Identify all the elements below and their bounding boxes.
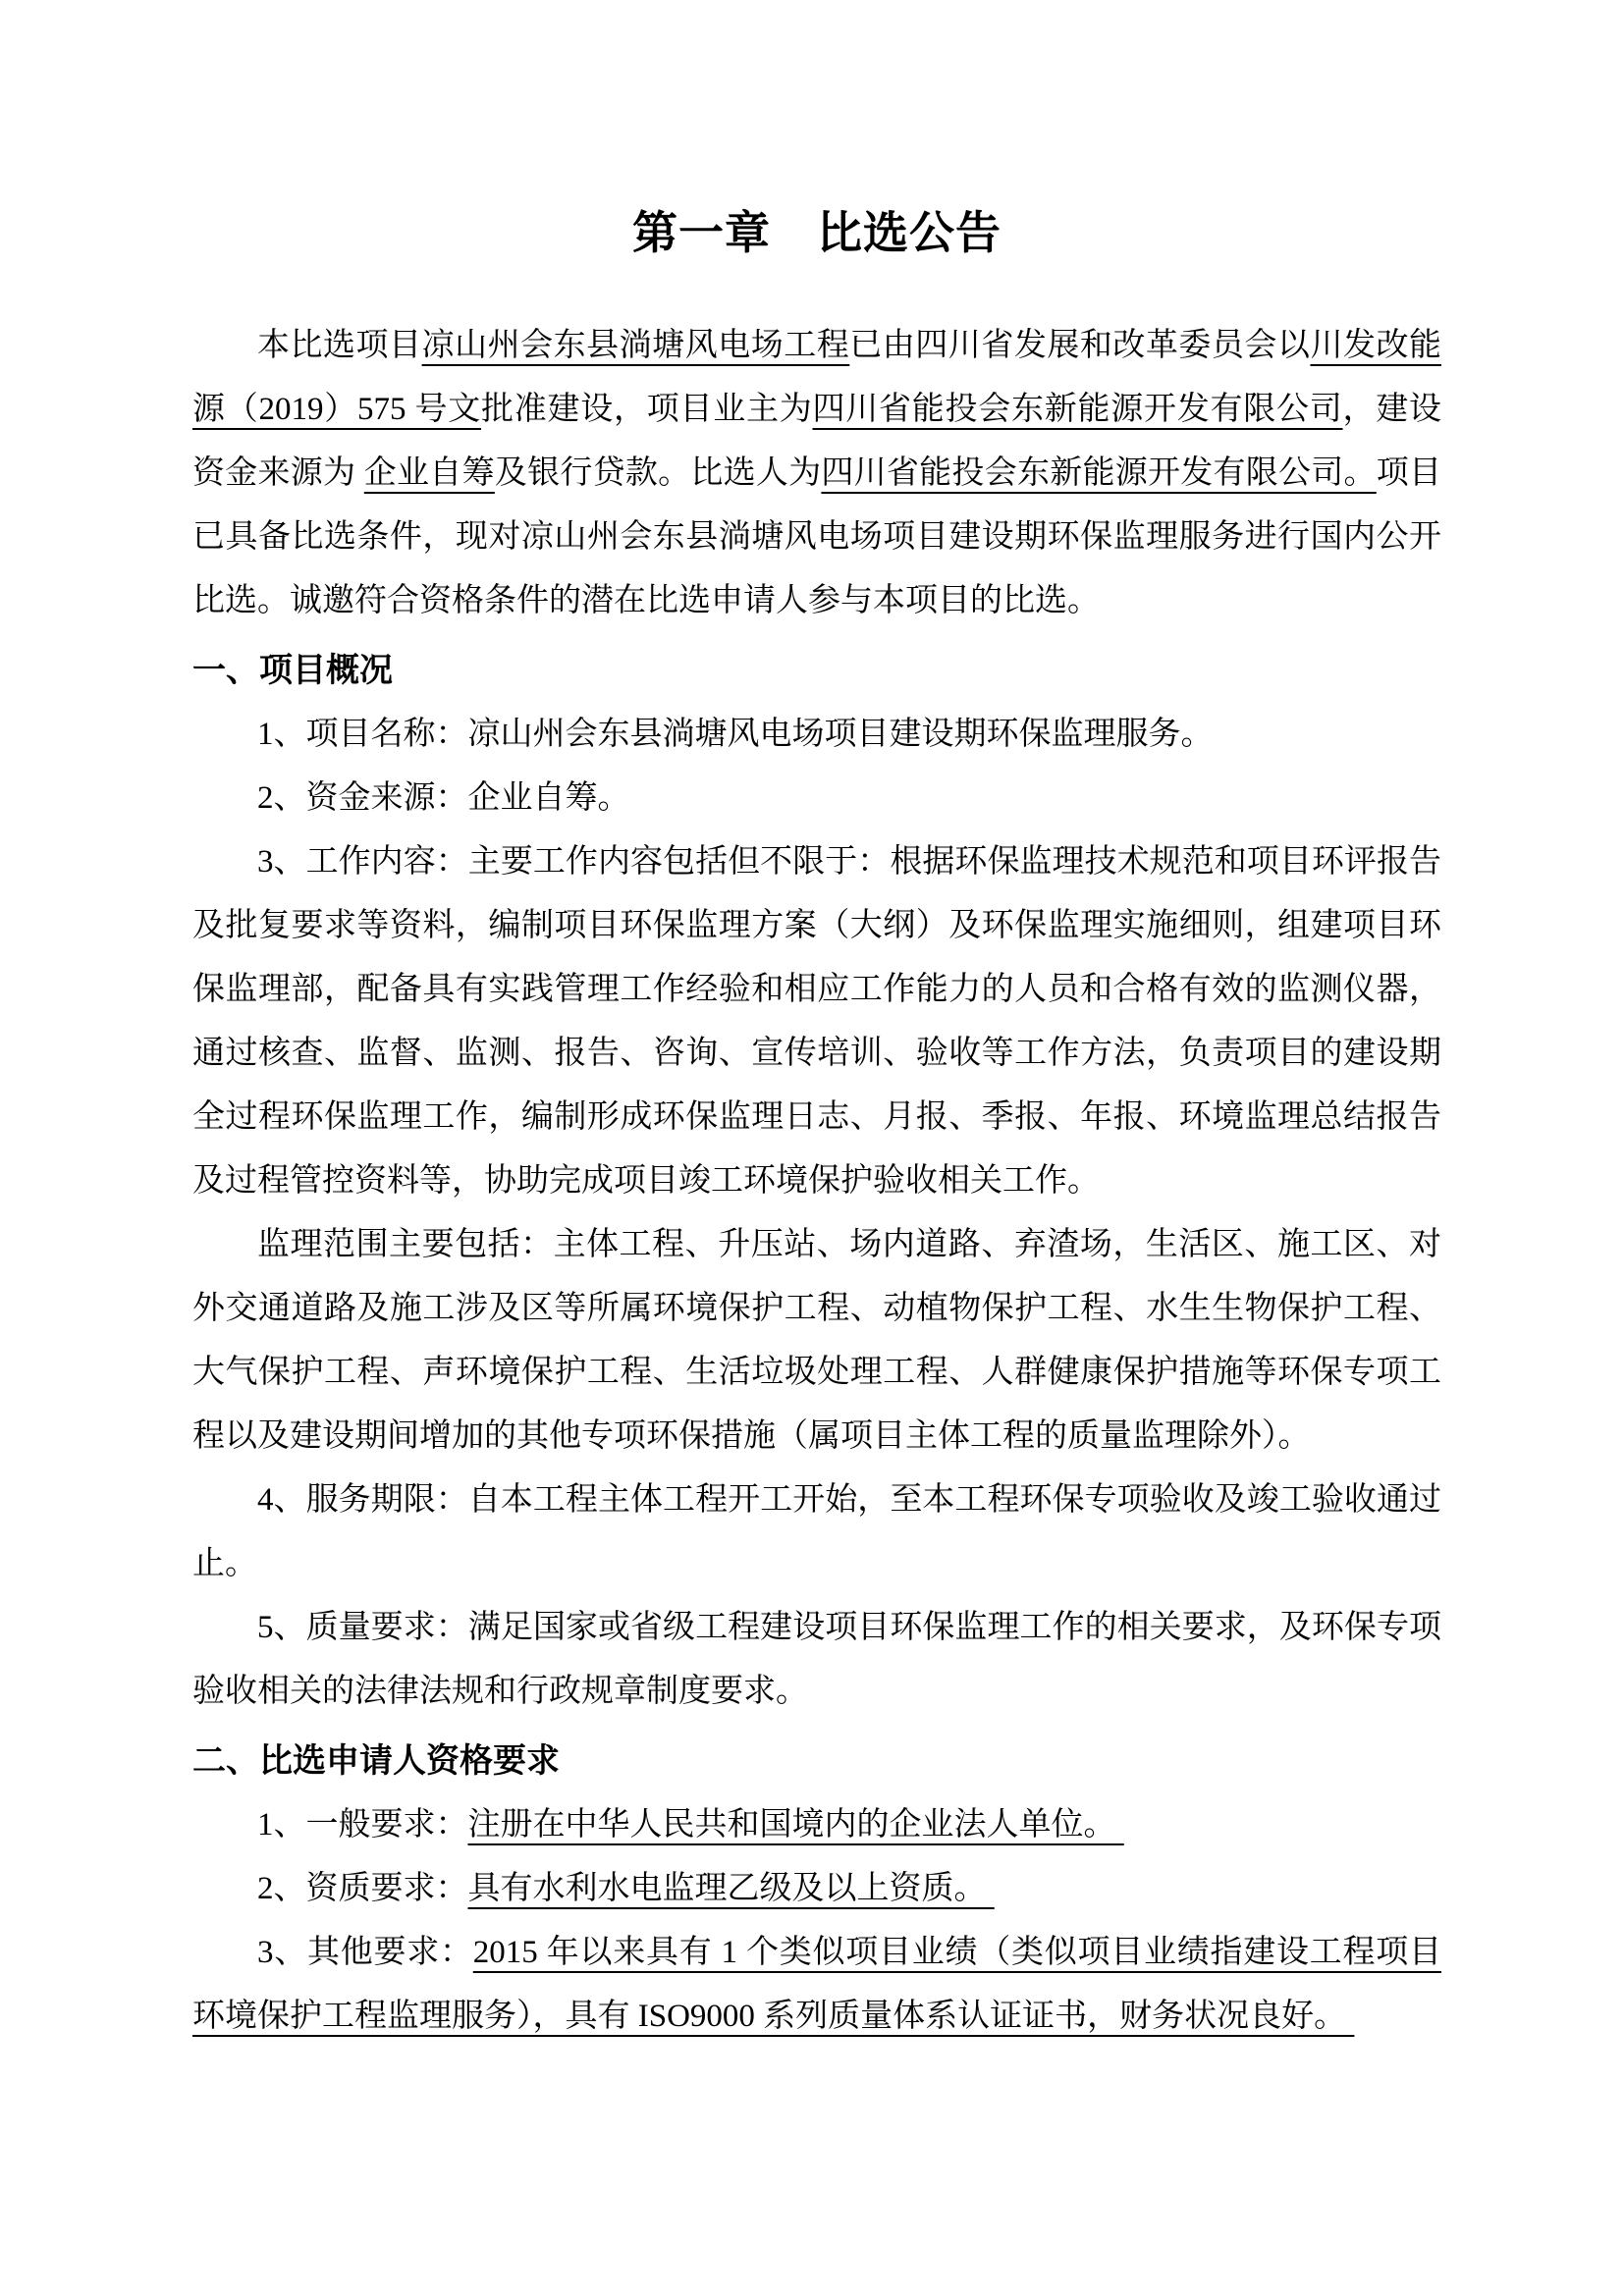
text-run: 本比选项目 xyxy=(257,328,422,363)
paragraph: 3、工作内容：主要工作内容包括但不限于：根据环保监理技术规范和项目环评报告及批复… xyxy=(192,830,1441,1213)
paragraph: 1、项目名称：凉山州会东县淌塘风电场项目建设期环保监理服务。 xyxy=(192,703,1441,767)
document-title: 第一章 比选公告 xyxy=(192,208,1441,257)
underlined-text-run: 具有水利水电监理乙级及以上资质。 xyxy=(468,1871,995,1906)
text-run: 2、资金来源：企业自筹。 xyxy=(257,780,630,816)
text-run: 4、服务期限：自本工程主体工程开工开始，至本工程环保专项验收及竣工验收通过止。 xyxy=(192,1482,1441,1581)
text-run: 及银行贷款。比选人为 xyxy=(495,455,822,491)
text-run: 1、一般要求： xyxy=(257,1807,468,1842)
text-run: 二、比选申请人资格要求 xyxy=(192,1742,560,1780)
paragraph: 2、资质要求：具有水利水电监理乙级及以上资质。 xyxy=(192,1857,1441,1921)
document-page: 第一章 比选公告 本比选项目凉山州会东县淌塘风电场工程已由四川省发展和改革委员会… xyxy=(0,0,1624,2296)
paragraph: 2、资金来源：企业自筹。 xyxy=(192,767,1441,830)
underlined-text-run: 四川省能投会东新能源开发有限公司 xyxy=(813,392,1343,427)
text-run: 2、资质要求： xyxy=(257,1871,468,1906)
underlined-text-run: 注册在中华人民共和国境内的企业法人单位。 xyxy=(468,1807,1124,1842)
text-run: 3、其他要求： xyxy=(257,1935,473,1970)
paragraph: 4、服务期限：自本工程主体工程开工开始，至本工程环保专项验收及竣工验收通过止。 xyxy=(192,1468,1441,1596)
paragraph: 监理范围主要包括：主体工程、升压站、场内道路、弃渣场，生活区、施工区、对外交通道… xyxy=(192,1213,1441,1468)
underlined-text-run: 凉山州会东县淌塘风电场工程 xyxy=(422,328,850,363)
underlined-text-run: 四川省能投会东新能源开发有限公司。 xyxy=(821,455,1376,491)
text-run: 批准建设，项目业主为 xyxy=(481,392,813,427)
text-run: 监理范围主要包括：主体工程、升压站、场内道路、弃渣场，生活区、施工区、对外交通道… xyxy=(192,1227,1441,1454)
document-body: 本比选项目凉山州会东县淌塘风电场工程已由四川省发展和改革委员会以川发改能源（20… xyxy=(192,314,1441,2049)
text-run: 1、项目名称：凉山州会东县淌塘风电场项目建设期环保监理服务。 xyxy=(257,717,1214,752)
section-heading: 二、比选申请人资格要求 xyxy=(192,1730,1441,1793)
paragraph: 本比选项目凉山州会东县淌塘风电场工程已由四川省发展和改革委员会以川发改能源（20… xyxy=(192,314,1441,633)
text-run: 一、项目概况 xyxy=(192,652,393,689)
document-content: 第一章 比选公告 本比选项目凉山州会东县淌塘风电场工程已由四川省发展和改革委员会… xyxy=(0,0,1624,2049)
text-run: 已由四川省发展和改革委员会以 xyxy=(849,328,1310,363)
text-run: 3、工作内容：主要工作内容包括但不限于：根据环保监理技术规范和项目环评报告及批复… xyxy=(192,844,1441,1199)
section-heading: 一、项目概况 xyxy=(192,639,1441,703)
underlined-text-run: 企业自筹 xyxy=(364,455,495,491)
paragraph: 1、一般要求：注册在中华人民共和国境内的企业法人单位。 xyxy=(192,1793,1441,1857)
paragraph: 3、其他要求：2015 年以来具有 1 个类似项目业绩（类似项目业绩指建设工程项… xyxy=(192,1921,1441,2049)
text-run: 5、质量要求：满足国家或省级工程建设项目环保监理工作的相关要求，及环保专项验收相… xyxy=(192,1610,1441,1709)
paragraph: 5、质量要求：满足国家或省级工程建设项目环保监理工作的相关要求，及环保专项验收相… xyxy=(192,1596,1441,1724)
